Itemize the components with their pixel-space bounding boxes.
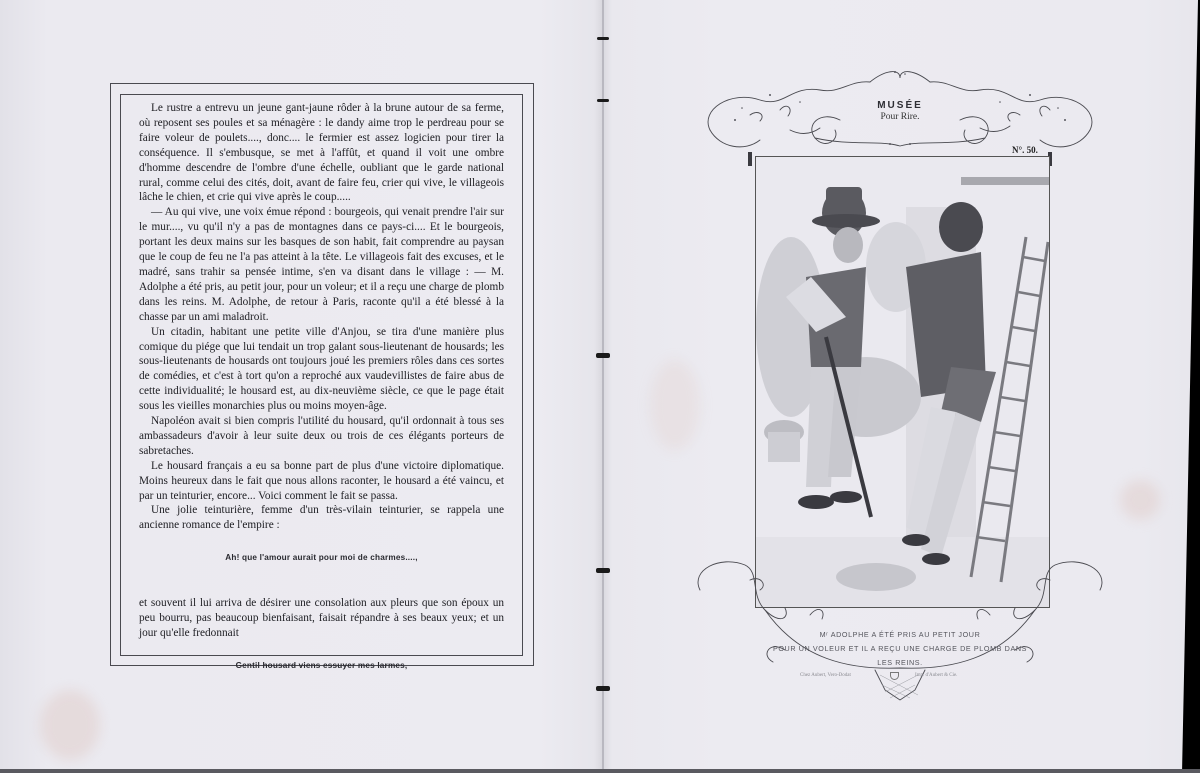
paragraph: Un citadin, habitant une petite ville d'… (139, 325, 504, 414)
book-spine (602, 0, 604, 773)
series-title-block: MUSÉE Pour Rire. (850, 100, 950, 122)
left-page-text: Le rustre a entrevu un jeune gant-jaune … (139, 101, 504, 674)
scan-edge (0, 769, 1200, 773)
binding-stitch (597, 37, 609, 40)
paragraph: Une jolie teinturière, femme d'un très-v… (139, 503, 504, 533)
series-subtitle: Pour Rire. (850, 112, 950, 122)
paragraph: — Au qui vive, une voix émue répond : bo… (139, 205, 504, 324)
caption-line: POUR UN VOLEUR ET IL A REÇU UNE CHARGE D… (750, 642, 1050, 656)
paper-stain (1120, 480, 1160, 520)
plate-number: N°. 50. (1012, 145, 1038, 155)
song-quote: Gentil housard viens essuyer mes larmes, (139, 659, 504, 674)
paper-stain (40, 690, 100, 760)
paragraph: Le rustre a entrevu un jeune gant-jaune … (139, 101, 504, 205)
illustrated-plate: MUSÉE Pour Rire. N°. 50. (690, 60, 1110, 700)
caption-line: Mʳ ADOLPHE A ÉTÉ PRIS AU PETIT JOUR (750, 628, 1050, 642)
paragraph: Le housard français a eu sa bonne part d… (139, 459, 504, 504)
binding-stitch (597, 99, 609, 102)
paragraph: Napoléon avait si bien compris l'utilité… (139, 414, 504, 459)
binding-stitch (596, 568, 610, 573)
plate-caption: Mʳ ADOLPHE A ÉTÉ PRIS AU PETIT JOUR POUR… (750, 628, 1050, 670)
series-title: MUSÉE (850, 100, 950, 111)
binding-stitch (596, 686, 610, 691)
book-spread: Le rustre a entrevu un jeune gant-jaune … (0, 0, 1200, 773)
binding-stitch (596, 353, 610, 358)
paragraph: et souvent il lui arriva de désirer une … (139, 596, 504, 641)
publisher-credit: Chez Aubert, Vero-Dodat (800, 673, 851, 678)
printer-credit: Imp. d'Aubert & Cie. (915, 673, 957, 678)
song-quote: Ah! que l'amour aurait pour moi de charm… (139, 551, 504, 566)
scan-edge (1160, 0, 1200, 773)
caption-line: LES REINS. (750, 656, 1050, 670)
ornamental-cartouche-bottom-icon (690, 540, 1110, 705)
